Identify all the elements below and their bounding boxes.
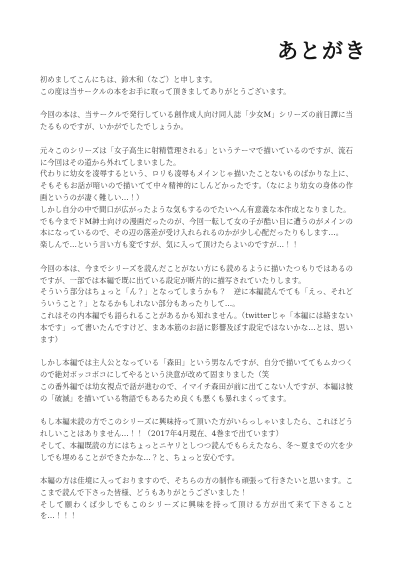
afterword-page: あとがき 初めましてこんにちは、鈴木和（なご）と申します。 この度は当サークルの… (0, 0, 400, 572)
paragraph-settings-notes: 今回の本は、今までシリーズを読んだことがない方にも読めるように描いたつもりではあ… (40, 263, 353, 346)
text-line: 本編の方は佳境に入っておりますので、そちらの方の制作も頑張って行きたいと思います… (40, 475, 353, 499)
paragraph-book-intro: 今回の本は、当サークルで発行している創作成人向け同人誌「少女M」シリーズの前日譚… (40, 109, 353, 133)
text-line: 初めましてこんにちは、鈴木和（なご）と申します。 (40, 74, 353, 86)
text-line: この度は当サークルの本をお手に取って頂きましてありがとうございます。 (40, 86, 353, 98)
text-line: 今回の本は、今までシリーズを読んだことがない方にも読めるように描いたつもりではあ… (40, 263, 353, 287)
paragraph-reader-message: もし本編未読の方でこのシリーズに興味持って頂いた方がいらっしゃいましたら、これほ… (40, 416, 353, 463)
text-line: これはその内本編でも語られることがあるかも知れません。（twitterじゃ「本編… (40, 310, 353, 345)
text-line: そういう部分はちょっと「ん？」となってしまうかも？ 逆に本編読んでても「えっ、そ… (40, 286, 353, 310)
text-line: もし本編未読の方でこのシリーズに興味持って頂いた方がいらっしゃいましたら、これほ… (40, 416, 353, 440)
text-line: そして、本編既読の方にはちょっとニヤリとしつつ読んでもらえたなら、冬～夏までの穴… (40, 440, 353, 464)
text-line: でも今までドM紳士向けの漫画だったのが、今回一転して女の子が酷い目に遭うのがメイ… (40, 216, 353, 240)
text-line: しかし自分の中で間口が広がったような気もするのでたいへん有意義な本作成となりまし… (40, 204, 353, 216)
paragraph-greeting: 初めましてこんにちは、鈴木和（なご）と申します。 この度は当サークルの本をお手に… (40, 74, 353, 98)
page-title: あとがき (277, 35, 367, 65)
text-line: 代わりに幼女を凌辱するという、ロリも凌辱もメインじゃ描いたことないものばかりな上… (40, 168, 353, 203)
paragraph-character-morita: しかし本編では主人公となっている「森田」という男なんですが、自分で描いててもムカ… (40, 357, 353, 404)
text-line: そして願わくば少しでもこのシリーズに興味を持って頂ける方が出て来て下さることを…… (40, 499, 353, 523)
text-line: この番外編では幼女視点で話が進むので、イマイチ森田が前に出てこない人ですが、本編… (40, 381, 353, 405)
text-line: しかし本編では主人公となっている「森田」という男なんですが、自分で描いててもムカ… (40, 357, 353, 381)
afterword-body: 初めましてこんにちは、鈴木和（なご）と申します。 この度は当サークルの本をお手に… (40, 74, 353, 522)
text-line: 元々このシリーズは「女子高生に射精管理される」というテーマで描いているのですが、… (40, 145, 353, 169)
text-line: 今回の本は、当サークルで発行している創作成人向け同人誌「少女M」シリーズの前日譚… (40, 109, 353, 133)
paragraph-series-theme: 元々このシリーズは「女子高生に射精管理される」というテーマで描いているのですが、… (40, 145, 353, 251)
text-line: 楽しんで…という言い方も変ですが、気に入って頂けたらよいのですが…！！ (40, 239, 353, 251)
paragraph-closing: 本編の方は佳境に入っておりますので、そちらの方の制作も頑張って行きたいと思います… (40, 475, 353, 522)
